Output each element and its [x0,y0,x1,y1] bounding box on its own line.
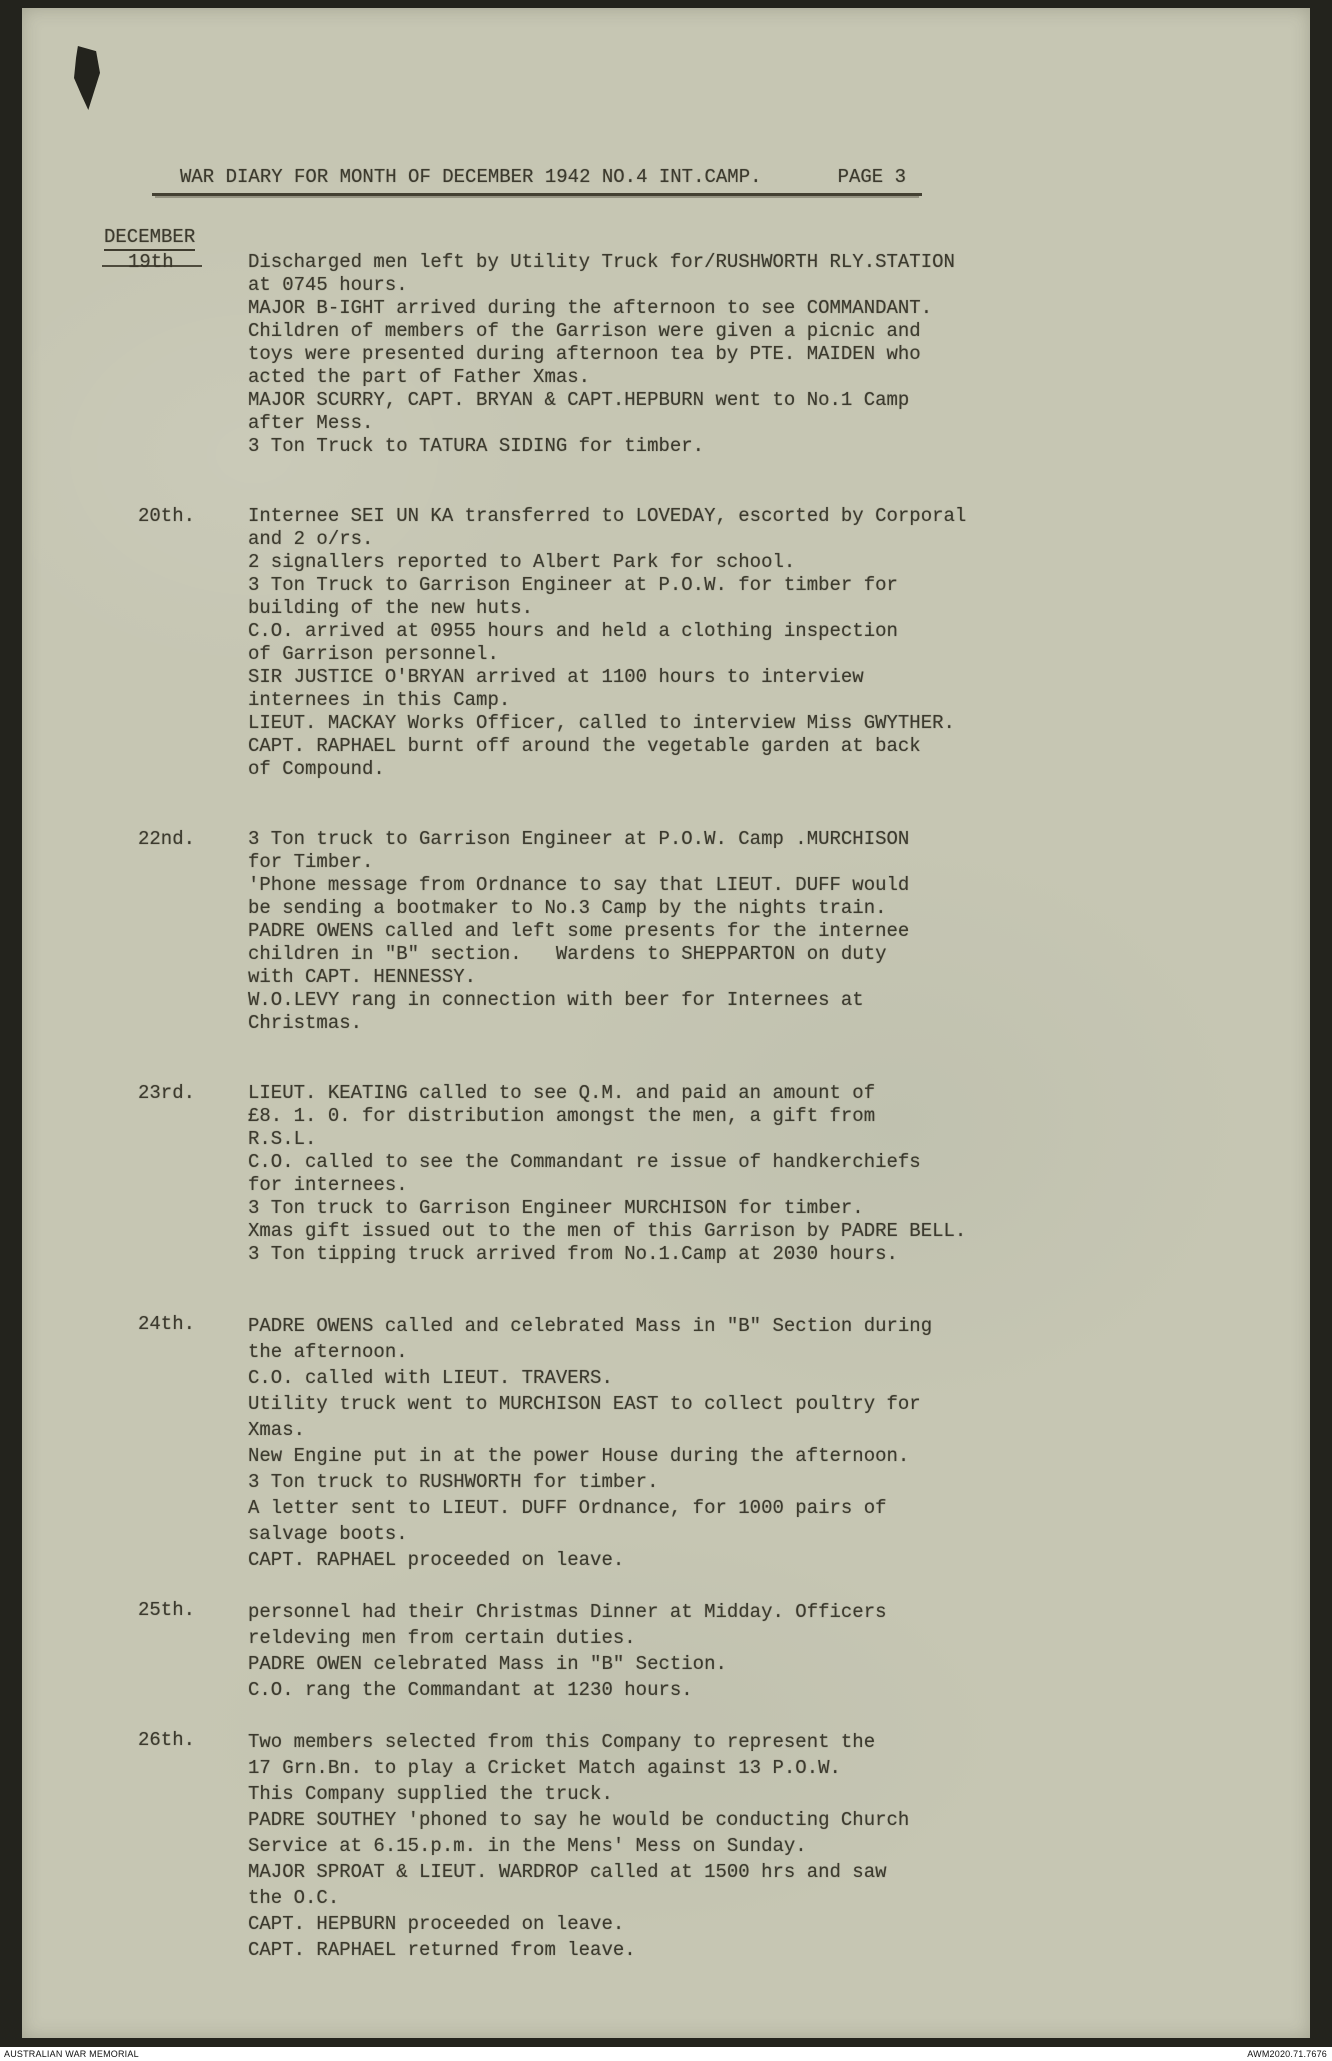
entry-line: 3 Ton Truck to Garrison Engineer at P.O.… [248,574,1018,597]
entry-line: LIEUT. MACKAY Works Officer, called to i… [248,712,1018,735]
entry-line: 3 Ton truck to Garrison Engineer at P.O.… [248,828,1018,851]
entry-line: C.O. arrived at 0955 hours and held a cl… [248,620,1018,643]
entry-line: CAPT. RAPHAEL proceeded on leave. [248,1547,1018,1573]
entry-line: PADRE OWENS called and celebrated Mass i… [248,1313,1018,1339]
entry-line: MAJOR SCURRY, CAPT. BRYAN & CAPT.HEPBURN… [248,389,1018,412]
entry-line: and 2 o/rs. [248,528,1018,551]
entry-line: Two members selected from this Company t… [248,1729,1018,1755]
entry-line: 3 Ton truck to RUSHWORTH for timber. [248,1469,1018,1495]
entry-line: Service at 6.15.p.m. in the Mens' Mess o… [248,1833,1018,1859]
entry-line: Internee SEI UN KA transferred to LOVEDA… [248,505,1018,528]
entry-line: A letter sent to LIEUT. DUFF Ordnance, f… [248,1495,1018,1521]
entry-line: Christmas. [248,1012,1018,1035]
entry-day-label: 23rd. [104,1082,248,1104]
entry-line: This Company supplied the truck. [248,1781,1018,1807]
entry-day-label: 24th. [104,1313,248,1335]
entry-line: Xmas gift issued out to the men of this … [248,1220,1018,1243]
entry-day-label: 25th. [104,1599,248,1621]
diary-entry-26th: 26th.Two members selected from this Comp… [104,1729,1310,1963]
entry-line: internees in this Camp. [248,689,1018,712]
entry-line: toys were presented during afternoon tea… [248,343,1018,366]
entry-line: CAPT. RAPHAEL burnt off around the veget… [248,735,1018,758]
entry-line: of Garrison personnel. [248,643,1018,666]
entry-line: reldeving men from certain duties. [248,1625,1018,1651]
entry-line: PADRE OWENS called and left some present… [248,920,1018,943]
diary-entry-19th: DECEMBER19thDischarged men left by Utili… [104,251,1310,458]
entry-body: LIEUT. KEATING called to see Q.M. and pa… [248,1082,1018,1266]
entry-line: acted the part of Father Xmas. [248,366,1018,389]
entry-line: be sending a bootmaker to No.3 Camp by t… [248,897,1018,920]
entry-line: 17 Grn.Bn. to play a Cricket Match again… [248,1755,1018,1781]
entry-line: with CAPT. HENNESSY. [248,966,1018,989]
entry-body: personnel had their Christmas Dinner at … [248,1599,1018,1703]
entry-day-column: 20th. [104,505,248,527]
entry-line: 2 signallers reported to Albert Park for… [248,551,1018,574]
entry-day-label: 20th. [104,505,248,527]
diary-entry-24th: 24th.PADRE OWENS called and celebrated M… [104,1313,1310,1573]
page-number: PAGE 3 [838,166,922,188]
entry-line: PADRE OWEN celebrated Mass in "B" Sectio… [248,1651,1018,1677]
entry-day-column: 26th. [104,1729,248,1751]
entry-line: at 0745 hours. [248,274,1018,297]
entry-day-column: 24th. [104,1313,248,1335]
scan-background: { "header": { "title": "WAR DIARY FOR MO… [0,0,1332,2061]
entry-line: of Compound. [248,758,1018,781]
entry-day-label: 22nd. [104,828,248,850]
entry-line: CAPT. RAPHAEL returned from leave. [248,1937,1018,1963]
entry-line: C.O. rang the Commandant at 1230 hours. [248,1677,1018,1703]
entry-line: Discharged men left by Utility Truck for… [248,251,1018,274]
entry-line: salvage boots. [248,1521,1018,1547]
entry-line: 'Phone message from Ordnance to say that… [248,874,1018,897]
entry-line: MAJOR B-IGHT arrived during the afternoo… [248,297,1018,320]
entry-day-column: 23rd. [104,1082,248,1104]
entry-line: LIEUT. KEATING called to see Q.M. and pa… [248,1082,1018,1105]
entry-body: PADRE OWENS called and celebrated Mass i… [248,1313,1018,1573]
entry-line: building of the new huts. [248,597,1018,620]
diary-entry-23rd: 23rd.LIEUT. KEATING called to see Q.M. a… [104,1082,1310,1266]
entry-line: 3 Ton tipping truck arrived from No.1.Ca… [248,1243,1018,1266]
entry-line: children in "B" section. Wardens to SHEP… [248,943,1018,966]
entry-day-label: 26th. [104,1729,248,1751]
entry-line: personnel had their Christmas Dinner at … [248,1599,1018,1625]
diary-entries: DECEMBER19thDischarged men left by Utili… [22,251,1310,1963]
entry-line: C.O. called with LIEUT. TRAVERS. [248,1365,1018,1391]
entry-body: Two members selected from this Company t… [248,1729,1018,1963]
month-label: DECEMBER [104,226,195,251]
entry-day-column: DECEMBER19th [104,251,248,273]
entry-line: Utility truck went to MURCHISON EAST to … [248,1391,1018,1417]
entry-line: after Mess. [248,412,1018,435]
entry-line: C.O. called to see the Commandant re iss… [248,1151,1018,1174]
entry-line: 3 Ton Truck to TATURA SIDING for timber. [248,435,1018,458]
entry-line: Children of members of the Garrison were… [248,320,1018,343]
diary-entry-20th: 20th.Internee SEI UN KA transferred to L… [104,505,1310,781]
entry-day-label: 19th [104,251,248,273]
entry-line: SIR JUSTICE O'BRYAN arrived at 1100 hour… [248,666,1018,689]
entry-line: 3 Ton truck to Garrison Engineer MURCHIS… [248,1197,1018,1220]
entry-body: Internee SEI UN KA transferred to LOVEDA… [248,505,1018,781]
entry-line: MAJOR SPROAT & LIEUT. WARDROP called at … [248,1859,1018,1885]
entry-line: PADRE SOUTHEY 'phoned to say he would be… [248,1807,1018,1833]
diary-page: WAR DIARY FOR MONTH OF DECEMBER 1942 NO.… [22,8,1310,2038]
entry-line: W.O.LEVY rang in connection with beer fo… [248,989,1018,1012]
entry-line: for internees. [248,1174,1018,1197]
diary-entry-22nd: 22nd.3 Ton truck to Garrison Engineer at… [104,828,1310,1035]
entry-line: for Timber. [248,851,1018,874]
entry-line: the afternoon. [248,1339,1018,1365]
archive-name: AUSTRALIAN WAR MEMORIAL [4,2047,139,2061]
page-title: WAR DIARY FOR MONTH OF DECEMBER 1942 NO.… [152,166,762,188]
entry-day-column: 22nd. [104,828,248,850]
diary-entry-25th: 25th.personnel had their Christmas Dinne… [104,1599,1310,1703]
page-header: WAR DIARY FOR MONTH OF DECEMBER 1942 NO.… [152,166,922,196]
entry-line: R.S.L. [248,1128,1018,1151]
entry-line: New Engine put in at the power House dur… [248,1443,1018,1469]
entry-body: 3 Ton truck to Garrison Engineer at P.O.… [248,828,1018,1035]
entry-line: the O.C. [248,1885,1018,1911]
entry-body: Discharged men left by Utility Truck for… [248,251,1018,458]
entry-line: CAPT. HEPBURN proceeded on leave. [248,1911,1018,1937]
archive-reference: AWM2020.71.7676 [1247,2047,1327,2061]
entry-day-column: 25th. [104,1599,248,1621]
archive-footer: AUSTRALIAN WAR MEMORIAL AWM2020.71.7676 [0,2047,1332,2061]
paper-tear [74,46,100,110]
entry-line: Xmas. [248,1417,1018,1443]
entry-line: £8. 1. 0. for distribution amongst the m… [248,1105,1018,1128]
